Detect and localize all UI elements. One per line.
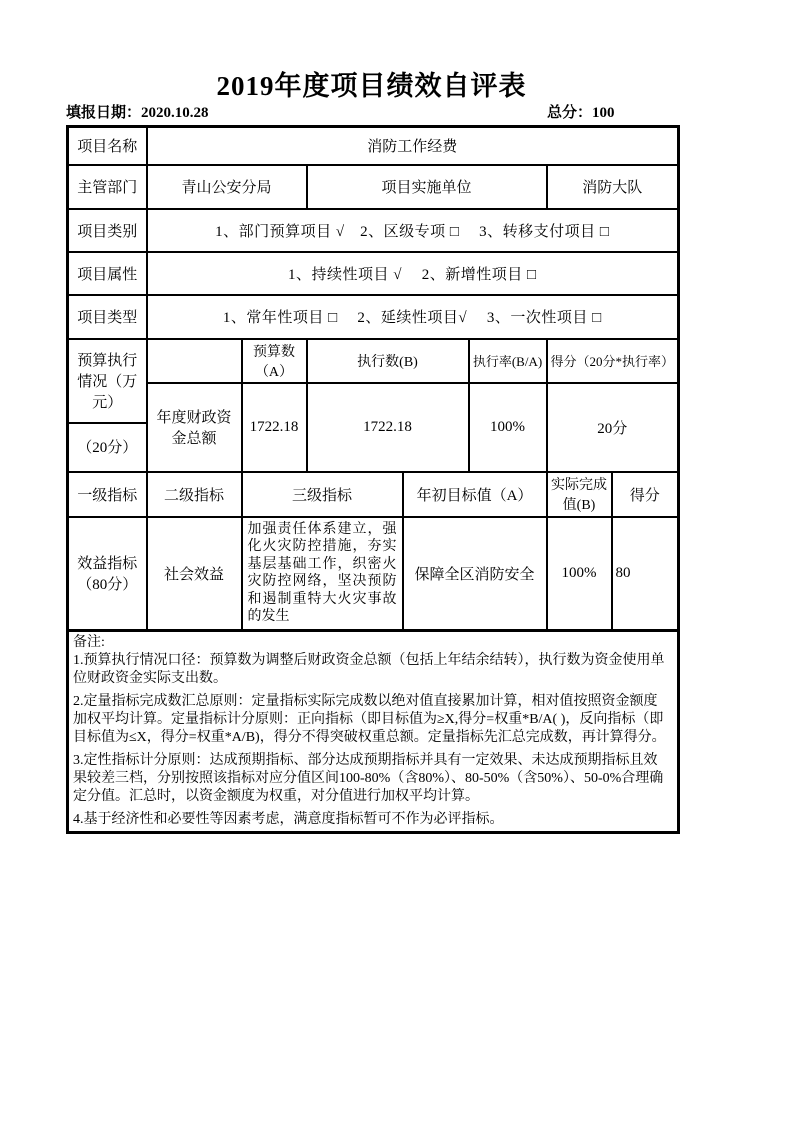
total-score-label: 总分： (547, 105, 592, 121)
project-attribute-label: 项目属性 (68, 252, 147, 295)
indicator-col-level1: 一级指标 (68, 472, 147, 517)
budget-col-exec-b: 执行数(B) (307, 339, 469, 383)
row-budget-data: 年度财政资金总额 1722.18 1722.18 100% 20分 (68, 383, 679, 472)
indicator-col-target: 年初目标值（A） (403, 472, 547, 517)
indicator-col-score: 得分 (612, 472, 679, 517)
budget-col-rate: 执行率(B/A) (469, 339, 547, 383)
project-type-label: 项目类型 (68, 295, 147, 339)
indicator-level1-value: 效益指标（80分） (68, 517, 147, 631)
budget-score-value: 20分 (547, 383, 679, 472)
budget-subrow-header-empty (147, 339, 242, 383)
meta-row: 填报日期：2020.10.28 总分：100 (66, 101, 677, 123)
indicator-score-value: 80 (612, 517, 679, 631)
indicator-level2-value: 社会效益 (147, 517, 242, 631)
project-category-options: 1、部门预算项目 √ 2、区级专项 □ 3、转移支付项目 □ (147, 209, 679, 252)
budget-value-a: 1722.18 (242, 383, 307, 472)
project-name-value: 消防工作经费 (147, 127, 679, 165)
budget-row-label: 年度财政资金总额 (147, 383, 242, 472)
budget-section-score-label: （20分） (69, 424, 146, 470)
project-type-options: 1、常年性项目 □ 2、延续性项目√ 3、一次性项目 □ (147, 295, 679, 339)
note-item-2: 2.定量指标完成数汇总原则：定量指标实际完成数以绝对值直接累加计算，相对值按照资… (73, 693, 671, 747)
implement-unit-label: 项目实施单位 (307, 165, 547, 209)
budget-section-label-cell: 预算执行情况（万元） （20分） (68, 339, 147, 472)
row-project-type: 项目类型 1、常年性项目 □ 2、延续性项目√ 3、一次性项目 □ (68, 295, 679, 339)
fill-date-label: 填报日期： (66, 105, 141, 121)
project-name-label: 项目名称 (68, 127, 147, 165)
note-item-3: 3.定性指标计分原则：达成预期指标、部分达成预期指标并具有一定效果、未达成预期指… (73, 752, 671, 806)
exec-rate-value: 100% (469, 383, 547, 472)
indicator-target-value: 保障全区消防安全 (403, 517, 547, 631)
project-attribute-options: 1、持续性项目 √ 2、新增性项目 □ (147, 252, 679, 295)
row-project-category: 项目类别 1、部门预算项目 √ 2、区级专项 □ 3、转移支付项目 □ (68, 209, 679, 252)
indicator-level3-value: 加强责任体系建立，强化火灾防控措施，夯实基层基础工作，织密火灾防控网络，坚决预防… (242, 517, 403, 631)
evaluation-table: 项目名称 消防工作经费 主管部门 青山公安分局 项目实施单位 消防大队 项目类别… (66, 125, 680, 834)
total-score: 总分：100 (547, 101, 615, 122)
row-indicator-data: 效益指标（80分） 社会效益 加强责任体系建立，强化火灾防控措施，夯实基层基础工… (68, 517, 679, 631)
implement-unit-value: 消防大队 (547, 165, 679, 209)
indicator-actual-value: 100% (547, 517, 612, 631)
total-score-value: 100 (592, 105, 615, 121)
indicator-col-actual: 实际完成值(B) (547, 472, 612, 517)
budget-section-label: 预算执行情况（万元） (69, 340, 146, 424)
row-budget-header: 预算执行情况（万元） （20分） 预算数（A） 执行数(B) 执行率(B/A) … (68, 339, 679, 383)
department-value: 青山公安分局 (147, 165, 307, 209)
department-label: 主管部门 (68, 165, 147, 209)
row-project-name: 项目名称 消防工作经费 (68, 127, 679, 165)
row-notes: 备注: 1.预算执行情况口径：预算数为调整后财政资金总额（包括上年结余结转），执… (68, 630, 679, 832)
note-item-1: 1.预算执行情况口径：预算数为调整后财政资金总额（包括上年结余结转），执行数为资… (73, 652, 671, 688)
document-page: 2019年度项目绩效自评表 填报日期：2020.10.28 总分：100 项目名… (0, 0, 793, 1122)
fill-date-value: 2020.10.28 (141, 105, 209, 121)
indicator-col-level2: 二级指标 (147, 472, 242, 517)
row-project-attribute: 项目属性 1、持续性项目 √ 2、新增性项目 □ (68, 252, 679, 295)
page-title: 2019年度项目绩效自评表 (66, 64, 677, 103)
notes-cell: 备注: 1.预算执行情况口径：预算数为调整后财政资金总额（包括上年结余结转），执… (68, 630, 679, 832)
budget-col-score: 得分（20分*执行率） (547, 339, 679, 383)
fill-date: 填报日期：2020.10.28 (66, 101, 209, 122)
project-category-label: 项目类别 (68, 209, 147, 252)
exec-value-b: 1722.18 (307, 383, 469, 472)
notes-heading: 备注: (73, 634, 671, 652)
note-item-4: 4.基于经济性和必要性等因素考虑，满意度指标暂可不作为必评指标。 (73, 811, 671, 829)
row-indicator-header: 一级指标 二级指标 三级指标 年初目标值（A） 实际完成值(B) 得分 (68, 472, 679, 517)
budget-col-budget-a: 预算数（A） (242, 339, 307, 383)
indicator-col-level3: 三级指标 (242, 472, 403, 517)
row-department: 主管部门 青山公安分局 项目实施单位 消防大队 (68, 165, 679, 209)
